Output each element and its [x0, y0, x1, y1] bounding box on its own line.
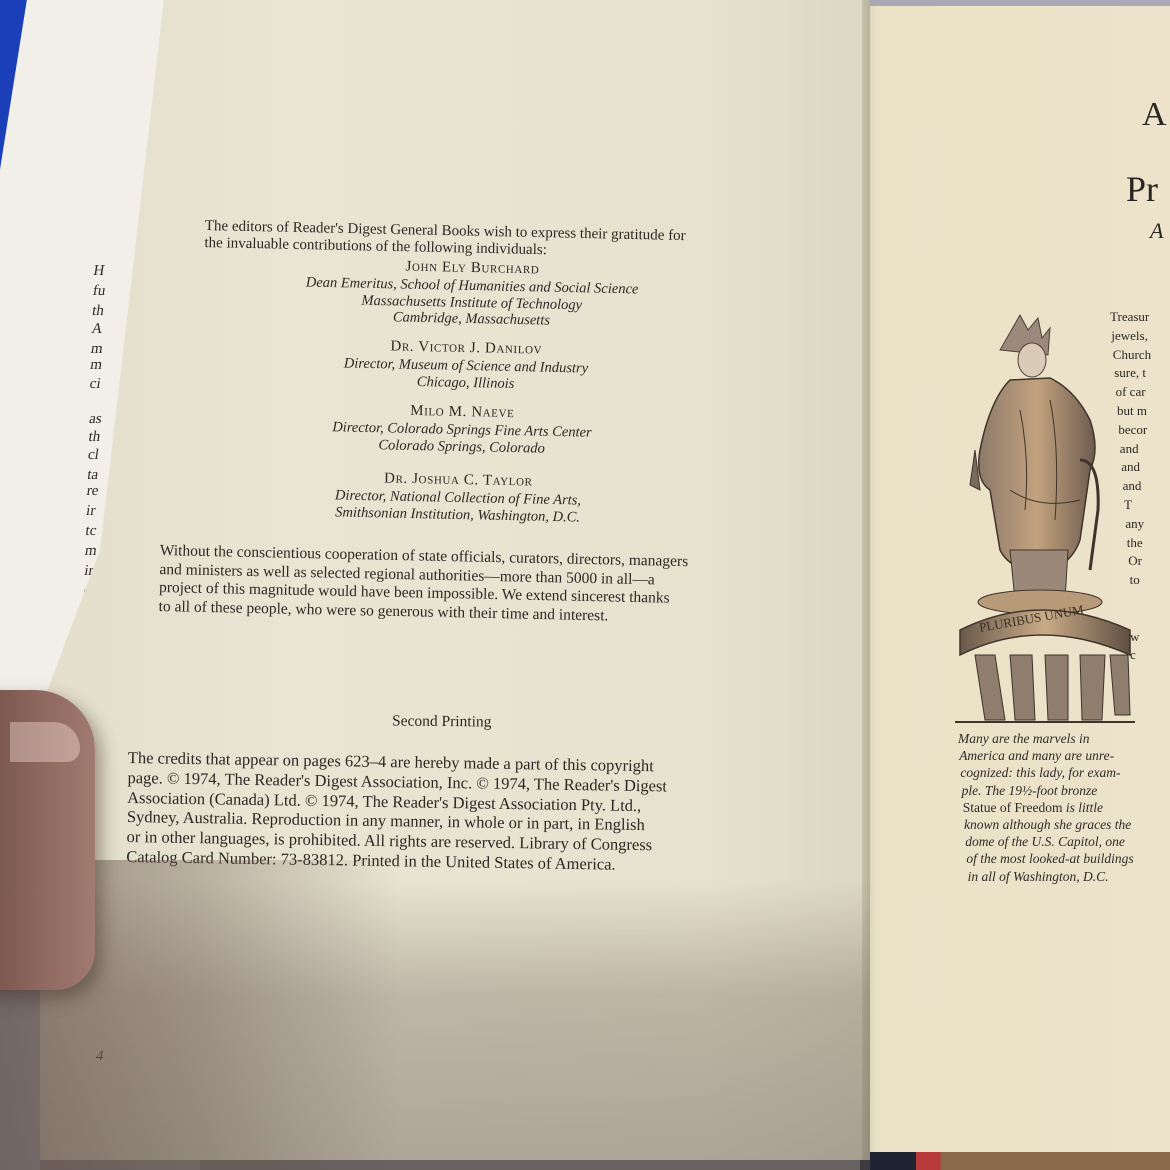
caption-text: ple. The 19½-foot bronze — [962, 783, 1098, 798]
underlying-text-fragment: A — [90, 320, 104, 339]
caption-text: in all of Washington, D.C. — [968, 869, 1109, 884]
caption-text: dome of the U.S. Capitol, one — [965, 834, 1125, 849]
illustration-caption: Many are the marvels inAmerica and many … — [958, 730, 1163, 885]
book-bottom-edge — [860, 1152, 1170, 1170]
caption-line: of the most looked-at buildings — [958, 850, 1163, 867]
caption-text: cognized: this lady, for exam- — [960, 765, 1120, 780]
caption-text: of the most looked-at buildings — [966, 851, 1133, 866]
credit-entry: Milo M. Naeve Director, Colorado Springs… — [231, 397, 692, 460]
right-page-title-fragment-1: A — [1142, 96, 1167, 134]
caption-line: cognized: this lady, for exam- — [958, 764, 1163, 781]
caption-text: America and many are unre- — [959, 748, 1114, 763]
underlying-text-fragment: tc — [84, 522, 98, 541]
underlying-text-fragment: th — [87, 428, 102, 447]
caption-line: dome of the U.S. Capitol, one — [958, 833, 1163, 850]
right-page-title-fragment-2: Pr — [1126, 168, 1158, 210]
caption-line: known although she graces the — [958, 816, 1163, 833]
page-number: 4 — [96, 1048, 104, 1065]
caption-line: Statue of Freedom is little — [958, 799, 1163, 816]
underlying-text-fragment: H — [92, 262, 106, 281]
underlying-text-fragment: ci — [88, 375, 102, 394]
underlying-text-fragment: m — [83, 542, 98, 561]
caption-line: ple. The 19½-foot bronze — [958, 782, 1163, 799]
caption-text-suffix: is little — [1063, 800, 1104, 815]
underlying-text-fragment: re — [85, 482, 100, 501]
book-gutter — [862, 0, 870, 1160]
underlying-text-fragment: cl — [86, 446, 100, 465]
underlying-text-fragment: as — [88, 410, 103, 429]
thanks-paragraph: Without the conscientious cooperation of… — [158, 542, 751, 629]
underlying-text-fragment: fu — [91, 282, 106, 301]
caption-line: Many are the marvels in — [958, 730, 1163, 747]
statue-of-freedom-illustration: PLURIBUS UNUM — [950, 310, 1135, 725]
caption-line: in all of Washington, D.C. — [958, 868, 1163, 885]
underlying-text-fragment: m — [89, 356, 104, 375]
caption-text: Statue of Freedom — [963, 800, 1063, 815]
caption-line: America and many are unre- — [958, 747, 1163, 764]
thumbnail-highlight — [10, 722, 80, 762]
underlying-text-fragment: th — [91, 302, 106, 321]
credit-entry: Dr. Victor J. Danilov Director, Museum o… — [235, 333, 696, 396]
copyright-notice: The credits that appear on pages 623–4 a… — [126, 748, 758, 877]
printing-label: Second Printing — [392, 712, 492, 731]
credit-entry: Dr. Joshua C. Taylor Director, National … — [227, 465, 688, 528]
caption-text: known although she graces the — [964, 817, 1131, 832]
credit-entry: John Ely Burchard Dean Emeritus, School … — [241, 253, 702, 332]
caption-text: Many are the marvels in — [958, 731, 1089, 746]
right-page-title-fragment-3: A — [1150, 218, 1163, 244]
underlying-text-fragment: ir — [85, 502, 97, 521]
